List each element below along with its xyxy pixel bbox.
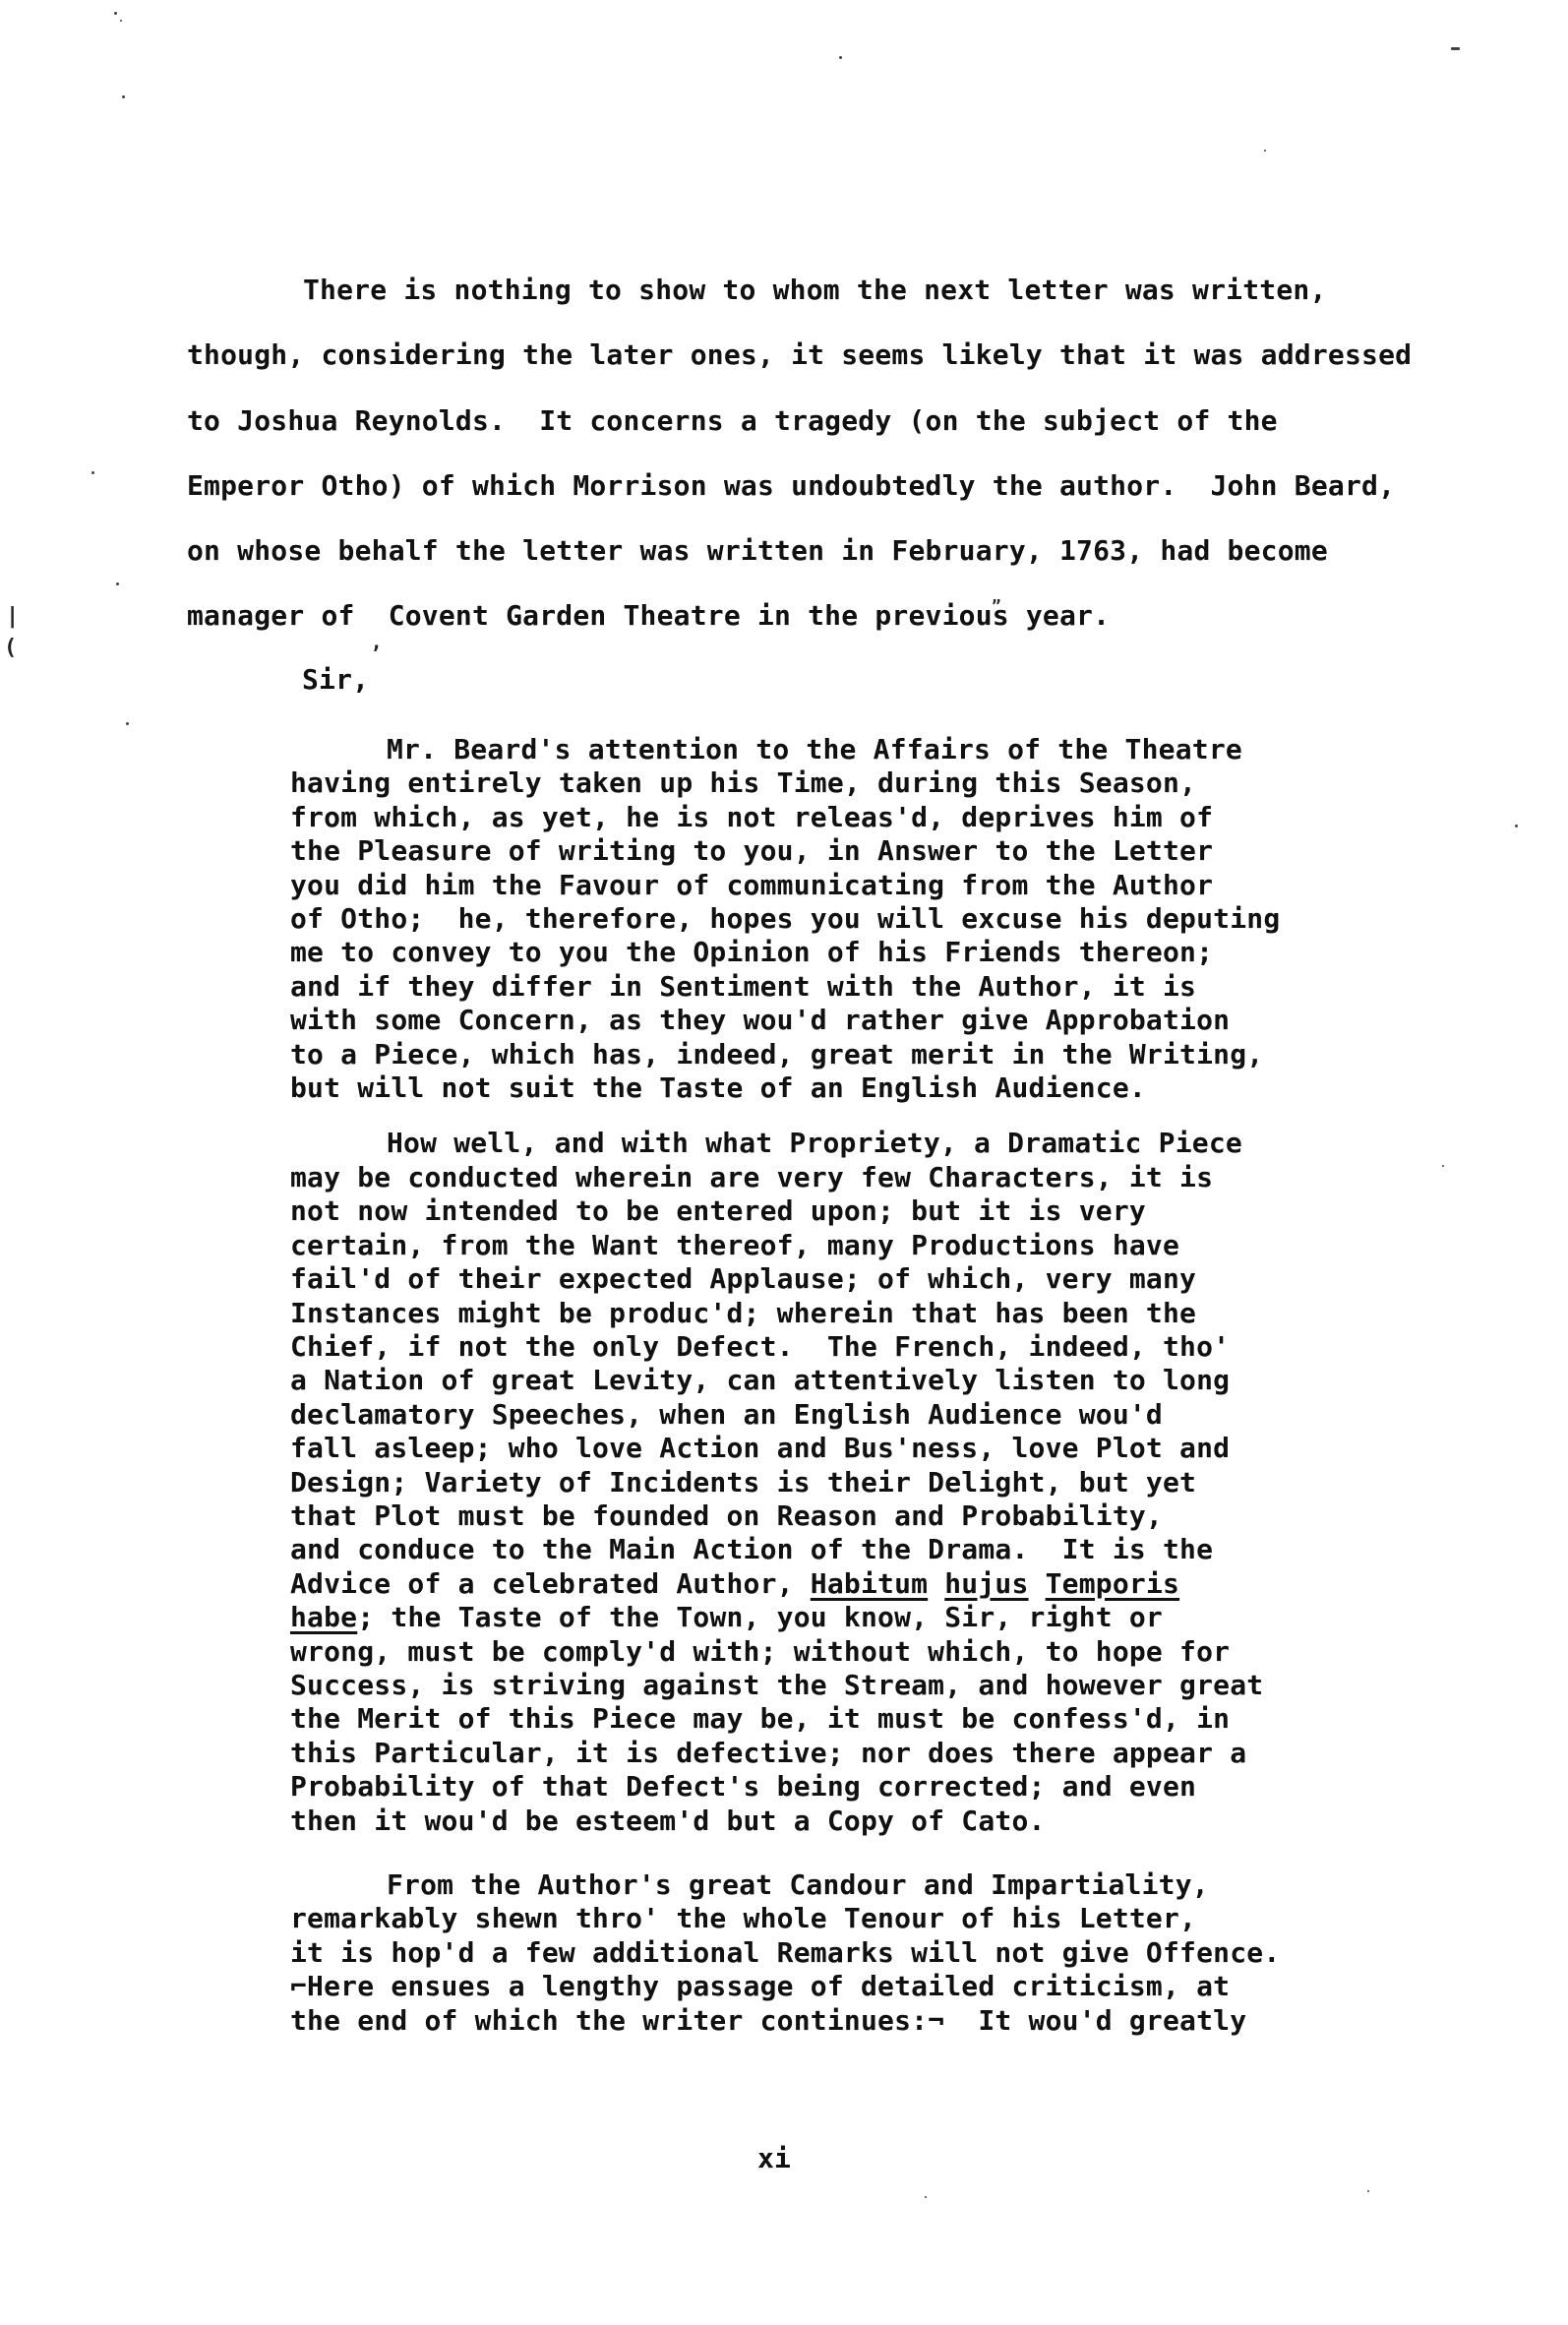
scan-speck: [1451, 47, 1460, 50]
scan-speck: [126, 722, 129, 725]
scan-speck: [91, 471, 94, 474]
scan-speck: [120, 20, 122, 22]
scan-mark-quote: ”: [992, 596, 1001, 615]
document-page: There is nothing to show to whom the nex…: [0, 0, 1568, 2325]
letter-body: Mr. Beard's attention to the Affairs of …: [290, 733, 1280, 2038]
scan-speck: [1442, 1165, 1444, 1167]
scan-mark-apostrophe: ’: [370, 642, 382, 665]
intro-paragraph: There is nothing to show to whom the nex…: [187, 258, 1412, 649]
scan-speck: [1264, 150, 1266, 152]
letter-paragraph-2: How well, and with what Propriety, a Dra…: [290, 1127, 1280, 1838]
scan-speck: [1515, 825, 1518, 827]
scan-speck: [114, 12, 117, 15]
letter-paragraph-3: From the Author's great Candour and Impa…: [290, 1868, 1280, 2038]
scan-mark-tick: |: [6, 604, 19, 629]
scan-speck: [1367, 2190, 1369, 2192]
salutation: Sir,: [302, 663, 369, 697]
page-number: xi: [757, 2142, 791, 2175]
scan-speck: [925, 2196, 927, 2198]
scan-speck: [839, 56, 842, 59]
scan-speck: [122, 95, 125, 98]
scan-speck: [116, 582, 119, 585]
scan-mark-paren: (: [4, 636, 17, 660]
letter-paragraph-1: Mr. Beard's attention to the Affairs of …: [290, 733, 1280, 1105]
